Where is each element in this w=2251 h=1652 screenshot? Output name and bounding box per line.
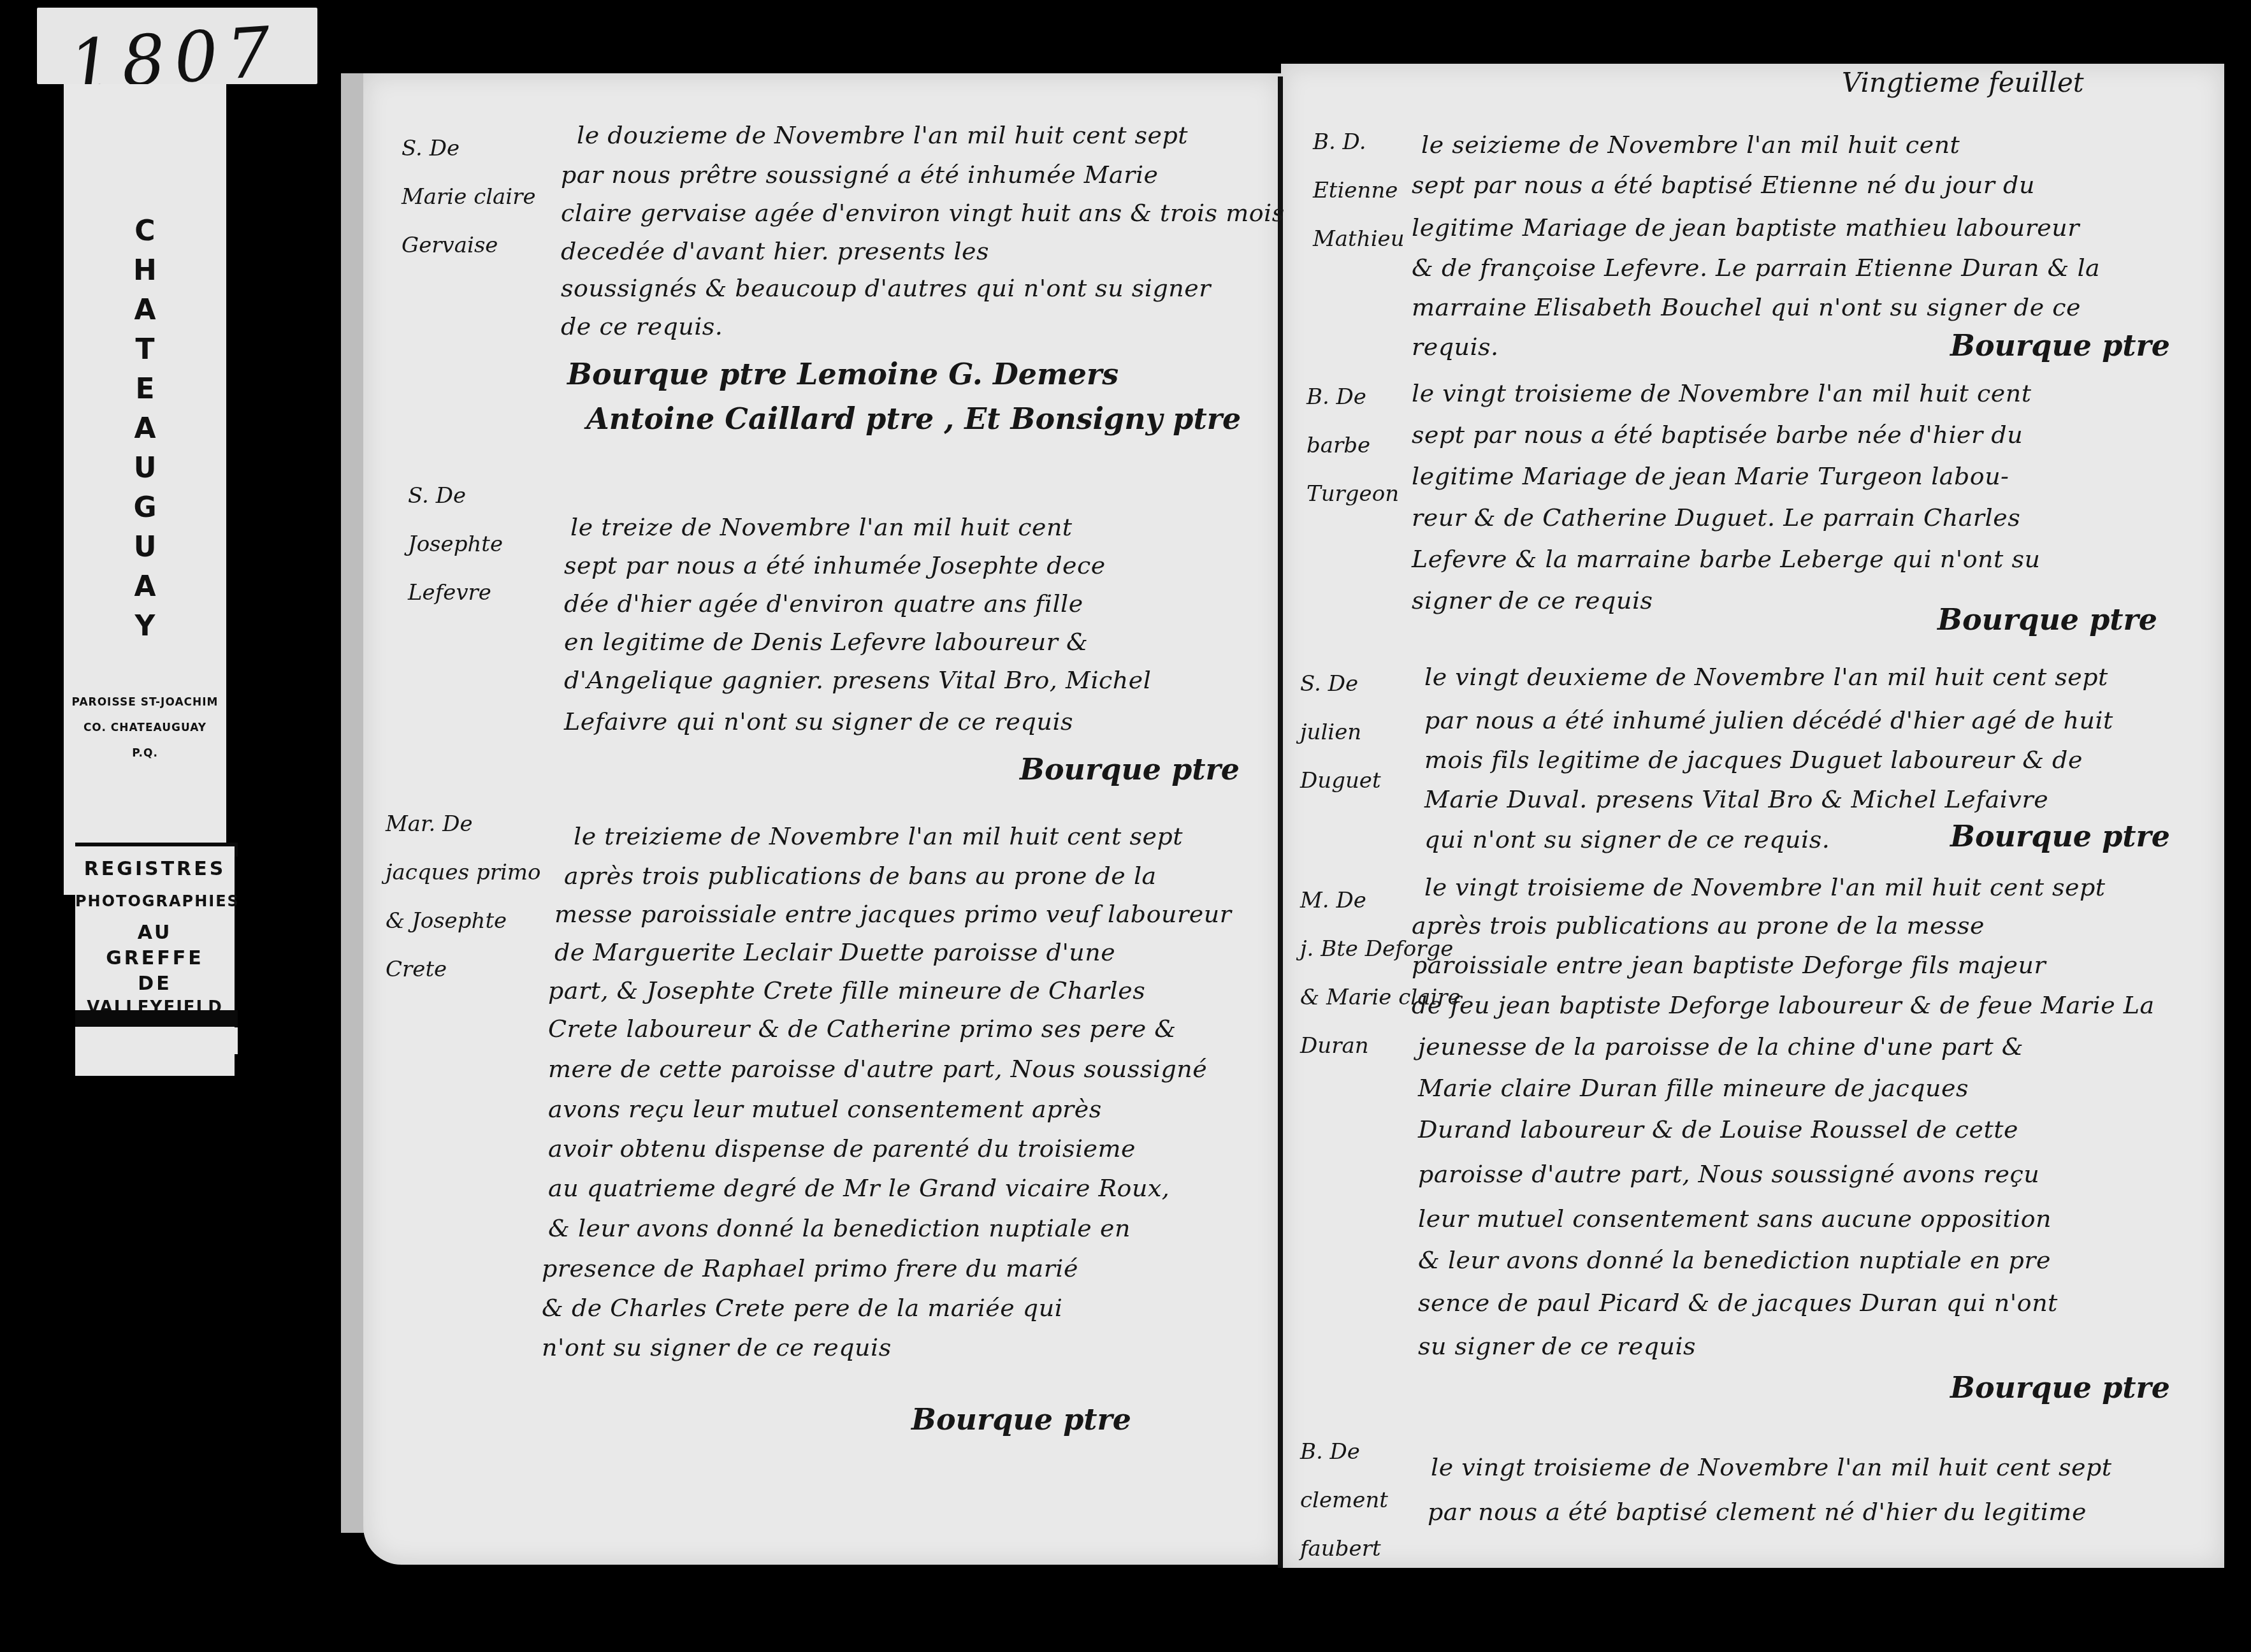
entry-text-line: le treizieme de Novembre l'an mil huit c… [574, 822, 1183, 850]
margin-line: jacques primo [386, 848, 541, 897]
folio-header: Vingtieme feuillet [1842, 67, 2084, 98]
entry-text-line: dée d'hier agée d'environ quatre ans fil… [564, 590, 1083, 618]
archive-line: GREFFE [75, 947, 235, 969]
margin-line: Crete [386, 945, 541, 994]
entry-text-line: le vingt deuxieme de Novembre l'an mil h… [1424, 663, 2108, 691]
entry-text-line: mere de cette paroisse d'autre part, Nou… [548, 1055, 1207, 1083]
book-spine [1278, 76, 1283, 1568]
signature: Bourque ptre [1020, 752, 1240, 786]
title-letter: U [64, 449, 226, 488]
entry-text-line: sence de paul Picard & de jacques Duran … [1418, 1289, 2058, 1317]
entry-text-line: après trois publications au prone de la … [1412, 911, 1985, 939]
title-letter: Y [64, 607, 226, 646]
entry-text-line: marraine Elisabeth Bouchel qui n'ont su … [1412, 293, 2081, 321]
entry-text-line: le seizieme de Novembre l'an mil huit ce… [1421, 131, 1960, 159]
entry-text-line: Lefaivre qui n'ont su signer de ce requi… [564, 707, 1073, 735]
title-letter: A [64, 409, 226, 449]
entry-text-line: signer de ce requis [1412, 586, 1653, 614]
title-letter: H [64, 251, 226, 291]
margin-note: B. De clement faubert [1300, 1428, 1388, 1573]
archive-line: AU [75, 922, 235, 944]
margin-note: B. De barbe Turgeon [1306, 373, 1399, 518]
entry-text-line: le douzieme de Novembre l'an mil huit ce… [577, 121, 1188, 149]
entry-text-line: sept par nous a été inhumée Josephte dec… [564, 551, 1106, 579]
entry-text-line: de feu jean baptiste Deforge laboureur &… [1412, 991, 2155, 1019]
margin-line: S. De [402, 124, 536, 173]
entry-text-line: de ce requis. [561, 312, 723, 340]
margin-line: B. D. [1313, 118, 1405, 166]
archive-line: DE [75, 973, 235, 995]
margin-line: S. De [408, 472, 503, 520]
title-letter: T [64, 330, 226, 370]
entry-text-line: part, & Josephte Crete fille mineure de … [548, 976, 1145, 1004]
margin-line: Marie claire [402, 173, 536, 221]
province-name: P.Q. [64, 747, 226, 760]
margin-line: Josephte [408, 520, 503, 569]
title-letter: C [64, 212, 226, 251]
entry-text-line: avoir obtenu dispense de parenté du troi… [548, 1134, 1136, 1163]
entry-text-line: Marie Duval. presens Vital Bro & Michel … [1424, 785, 2048, 813]
vertical-title-chateauguay: C H A T E A U G U A Y [64, 212, 226, 646]
entry-text-line: en legitime de Denis Lefevre laboureur & [564, 628, 1088, 656]
title-letter: A [64, 291, 226, 330]
title-letter: E [64, 370, 226, 409]
entry-text-line: Crete laboureur & de Catherine primo ses… [548, 1015, 1176, 1043]
margin-line: S. De [1300, 660, 1381, 708]
entry-text-line: su signer de ce requis [1418, 1332, 1696, 1360]
entry-text-line: mois fils legitime de jacques Duguet lab… [1424, 746, 2083, 774]
entry-text-line: Lefevre & la marraine barbe Leberge qui … [1412, 545, 2040, 573]
year-tab: 1807 [37, 8, 317, 84]
title-letter: A [64, 567, 226, 607]
entry-text-line: Durand laboureur & de Louise Roussel de … [1418, 1115, 2018, 1143]
margin-line: Gervaise [402, 221, 536, 270]
entry-text-line: le vingt troisieme de Novembre l'an mil … [1424, 873, 2106, 901]
entry-text-line: n'ont su signer de ce requis [542, 1333, 892, 1361]
entry-text-line: paroisse d'autre part, Nous soussigné av… [1418, 1160, 2039, 1188]
entry-text-line: au quatrieme degré de Mr le Grand vicair… [548, 1174, 1169, 1202]
entry-text-line: le vingt troisieme de Novembre l'an mil … [1431, 1453, 2112, 1481]
entry-text-line: leur mutuel consentement sans aucune opp… [1418, 1205, 2052, 1233]
entry-text-line: decedée d'avant hier. presents les [561, 237, 989, 265]
entry-text-line: presence de Raphael primo frere du marié [542, 1254, 1078, 1282]
entry-text-line: reur & de Catherine Duguet. Le parrain C… [1412, 504, 2020, 532]
entry-text-line: de Marguerite Leclair Duette paroisse d'… [554, 938, 1115, 966]
margin-line: barbe [1306, 421, 1399, 470]
entry-text-line: par nous a été inhumé julien décédé d'hi… [1424, 706, 2113, 734]
margin-line: Mathieu [1313, 215, 1405, 263]
entry-text-line: & de Charles Crete pere de la mariée qui [542, 1294, 1062, 1322]
entry-text-line: requis. [1412, 333, 1499, 361]
parish-label-strip: C H A T E A U G U A Y PAROISSE ST-JOACHI… [64, 84, 226, 895]
entry-text-line: soussignés & beaucoup d'autres qui n'ont… [561, 274, 1211, 302]
margin-line: faubert [1300, 1525, 1388, 1573]
margin-line: & Josephte [386, 897, 541, 945]
entry-text-line: le vingt troisieme de Novembre l'an mil … [1412, 379, 2031, 407]
page-stack-edge [341, 73, 365, 1533]
title-letter: U [64, 528, 226, 567]
entry-text-line: sept par nous a été baptisé Etienne né d… [1412, 171, 2035, 199]
margin-note: S. De Marie claire Gervaise [402, 124, 536, 270]
entry-text-line: Marie claire Duran fille mineure de jacq… [1418, 1074, 1969, 1102]
margin-line: Duguet [1300, 757, 1381, 805]
margin-line: clement [1300, 1476, 1388, 1525]
margin-note: B. D. Etienne Mathieu [1313, 118, 1405, 263]
entry-text-line: claire gervaise agée d'environ vingt hui… [561, 199, 1285, 227]
entry-text-line: & leur avons donné la benediction nuptia… [548, 1214, 1131, 1242]
margin-line: B. De [1300, 1428, 1388, 1476]
entry-text-line: le treize de Novembre l'an mil huit cent [570, 513, 1073, 541]
parish-name: PAROISSE ST-JOACHIM [64, 696, 226, 709]
entry-text-line: après trois publications de bans au pron… [564, 862, 1157, 890]
entry-text-line: & leur avons donné la benediction nuptia… [1418, 1246, 2051, 1274]
entry-text-line: legitime Mariage de jean Marie Turgeon l… [1412, 462, 2009, 490]
signature: Bourque ptre [1950, 819, 2170, 853]
margin-note: S. De Josephte Lefevre [408, 472, 503, 617]
entry-text-line: par nous a été baptisé clement né d'hier… [1428, 1498, 2087, 1526]
signature: Bourque ptre [1950, 328, 2170, 363]
strip-divider [75, 1010, 238, 1027]
entry-text-line: d'Angelique gagnier. presens Vital Bro, … [564, 666, 1151, 694]
margin-line: Lefevre [408, 569, 503, 617]
strip-tail [75, 1027, 238, 1054]
county-name: CO. CHATEAUGUAY [64, 721, 226, 734]
title-letter: G [64, 488, 226, 528]
signature: Bourque ptre [1937, 602, 2157, 637]
entry-text-line: avons reçu leur mutuel consentement aprè… [548, 1095, 1102, 1123]
signature: Bourque ptre [911, 1402, 1131, 1437]
margin-line: julien [1300, 708, 1381, 757]
signature: Antoine Caillard ptre , Et Bonsigny ptre [586, 402, 1241, 436]
margin-line: Turgeon [1306, 470, 1399, 518]
margin-note: Mar. De jacques primo & Josephte Crete [386, 800, 541, 994]
entry-text-line: legitime Mariage de jean baptiste mathie… [1412, 214, 2080, 242]
entry-text-line: par nous prêtre soussigné a été inhumée … [561, 161, 1159, 189]
margin-line: Mar. De [386, 800, 541, 848]
signature: Bourque ptre Lemoine G. Demers [567, 357, 1118, 391]
margin-line: B. De [1306, 373, 1399, 421]
margin-note: S. De julien Duguet [1300, 660, 1381, 805]
entry-text-line: qui n'ont su signer de ce requis. [1424, 825, 1830, 853]
archive-line: PHOTOGRAPHIES [75, 892, 235, 910]
entry-text-line: sept par nous a été baptisée barbe née d… [1412, 421, 2023, 449]
entry-text-line: & de françoise Lefevre. Le parrain Etien… [1412, 254, 2100, 282]
entry-text-line: jeunesse de la paroisse de la chine d'un… [1418, 1032, 2023, 1061]
signature: Bourque ptre [1950, 1370, 2170, 1405]
archive-line: REGISTRES [75, 858, 235, 880]
entry-text-line: paroissiale entre jean baptiste Deforge … [1412, 951, 2046, 979]
margin-line: Etienne [1313, 166, 1405, 215]
entry-text-line: messe paroissiale entre jacques primo ve… [554, 900, 1231, 928]
